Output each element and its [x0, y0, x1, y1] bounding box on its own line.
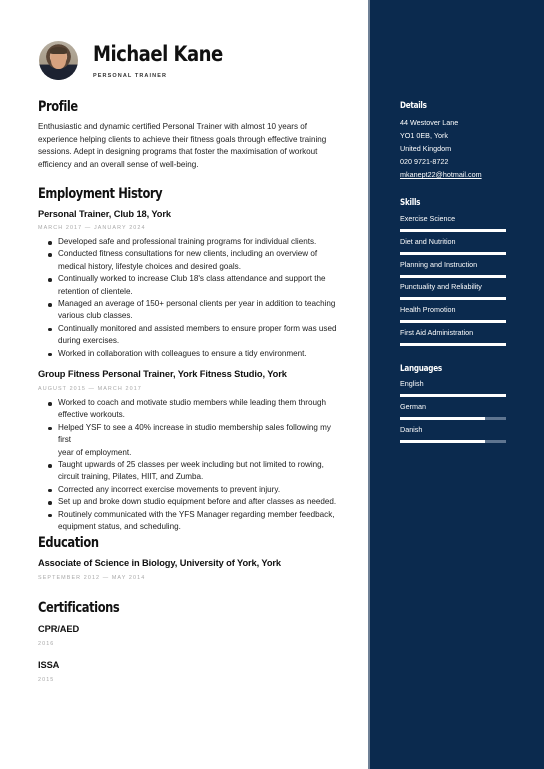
language-item: German: [400, 402, 506, 411]
skill-label: First Aid Administration: [400, 328, 506, 337]
job-dates: MARCH 2017 — JANUARY 2024: [38, 225, 146, 231]
sidebar-title-skills: Skills: [400, 198, 420, 208]
job-bullet: Continually monitored and assisted membe…: [46, 323, 346, 348]
avatar-hair: [50, 47, 67, 54]
certification-heading: ISSA: [38, 660, 59, 670]
education-heading: Associate of Science in Biology, Univers…: [38, 558, 281, 568]
skill-level-bar: [400, 343, 506, 346]
job-bullet: Continually worked to increase Club 18's…: [46, 273, 346, 298]
skill-label: Exercise Science: [400, 214, 506, 223]
candidate-name: Michael Kane: [93, 42, 223, 66]
skill-item: First Aid Administration: [400, 328, 506, 337]
skill-level-fill: [400, 252, 506, 255]
profile-line: efficiency and an overall sense of well-…: [38, 159, 338, 172]
skill-level-fill: [400, 297, 506, 300]
sidebar-title-details: Details: [400, 101, 427, 111]
address-line-1: 44 Westover Lane: [400, 118, 458, 127]
language-label: German: [400, 402, 506, 411]
section-title-profile: Profile: [38, 99, 78, 115]
skill-level-bar: [400, 275, 506, 278]
profile-line: experience helping clients to achieve th…: [38, 134, 338, 147]
education-dates: SEPTEMBER 2012 — MAY 2014: [38, 575, 145, 581]
avatar: [39, 41, 78, 80]
job-bullet: Set up and broke down studio equipment b…: [46, 496, 346, 508]
skill-item: Punctuality and Reliability: [400, 282, 506, 291]
skill-label: Diet and Nutrition: [400, 237, 506, 246]
language-level-fill: [400, 417, 485, 420]
job-bullet: Managed an average of 150+ personal clie…: [46, 298, 346, 323]
avatar-shirt: [43, 70, 74, 80]
language-level-bar: [400, 394, 506, 397]
profile-line: sessions. Adept in designing programs th…: [38, 146, 338, 159]
certification-heading: CPR/AED: [38, 624, 79, 634]
certification-year: 2016: [38, 641, 54, 647]
skill-level-bar: [400, 252, 506, 255]
job-heading: Group Fitness Personal Trainer, York Fit…: [38, 369, 287, 379]
skill-item: Planning and Instruction: [400, 260, 506, 269]
job-bullets: Worked to coach and motivate studio memb…: [46, 397, 346, 533]
address-country: United Kingdom: [400, 144, 451, 153]
candidate-job-title: PERSONAL TRAINER: [93, 73, 167, 79]
profile-line: Enthusiastic and dynamic certified Perso…: [38, 121, 338, 134]
language-item: Danish: [400, 425, 506, 434]
language-level-bar: [400, 440, 506, 443]
language-level-fill: [400, 394, 506, 397]
job-bullet: Worked in collaboration with colleagues …: [46, 348, 346, 360]
section-title-certifications: Certifications: [38, 600, 119, 616]
sidebar-title-languages: Languages: [400, 364, 442, 374]
skill-level-bar: [400, 229, 506, 232]
language-label: Danish: [400, 425, 506, 434]
job-bullet: Helped YSF to see a 40% increase in stud…: [46, 422, 346, 459]
section-title-education: Education: [38, 535, 99, 551]
skill-item: Health Promotion: [400, 305, 506, 314]
email-link[interactable]: mkanept22@hotmail.com: [400, 170, 482, 179]
language-item: English: [400, 379, 506, 388]
job-bullet: Taught upwards of 25 classes per week in…: [46, 459, 346, 484]
job-bullets: Developed safe and professional training…: [46, 236, 346, 360]
skill-label: Planning and Instruction: [400, 260, 506, 269]
skill-level-fill: [400, 343, 506, 346]
certification-year: 2015: [38, 677, 54, 683]
skill-item: Diet and Nutrition: [400, 237, 506, 246]
language-level-bar: [400, 417, 506, 420]
section-title-employment: Employment History: [38, 186, 162, 202]
address-line-2: YO1 0EB, York: [400, 131, 448, 140]
resume-main-column: [0, 0, 368, 769]
skill-item: Exercise Science: [400, 214, 506, 223]
job-bullet: Conducted fitness consultations for new …: [46, 248, 346, 273]
skill-label: Punctuality and Reliability: [400, 282, 506, 291]
job-bullet: Developed safe and professional training…: [46, 236, 346, 248]
phone-number: 020 9721-8722: [400, 157, 448, 166]
job-bullet: Routinely communicated with the YFS Mana…: [46, 509, 346, 534]
skill-level-bar: [400, 297, 506, 300]
skill-label: Health Promotion: [400, 305, 506, 314]
job-bullet: Corrected any incorrect exercise movemen…: [46, 484, 346, 496]
language-level-fill: [400, 440, 485, 443]
job-heading: Personal Trainer, Club 18, York: [38, 209, 171, 219]
skill-level-fill: [400, 229, 506, 232]
skill-level-fill: [400, 320, 506, 323]
job-bullet: Worked to coach and motivate studio memb…: [46, 397, 346, 422]
skill-level-bar: [400, 320, 506, 323]
language-label: English: [400, 379, 506, 388]
job-dates: AUGUST 2015 — MARCH 2017: [38, 386, 142, 392]
skill-level-fill: [400, 275, 506, 278]
profile-summary: Enthusiastic and dynamic certified Perso…: [38, 121, 338, 171]
